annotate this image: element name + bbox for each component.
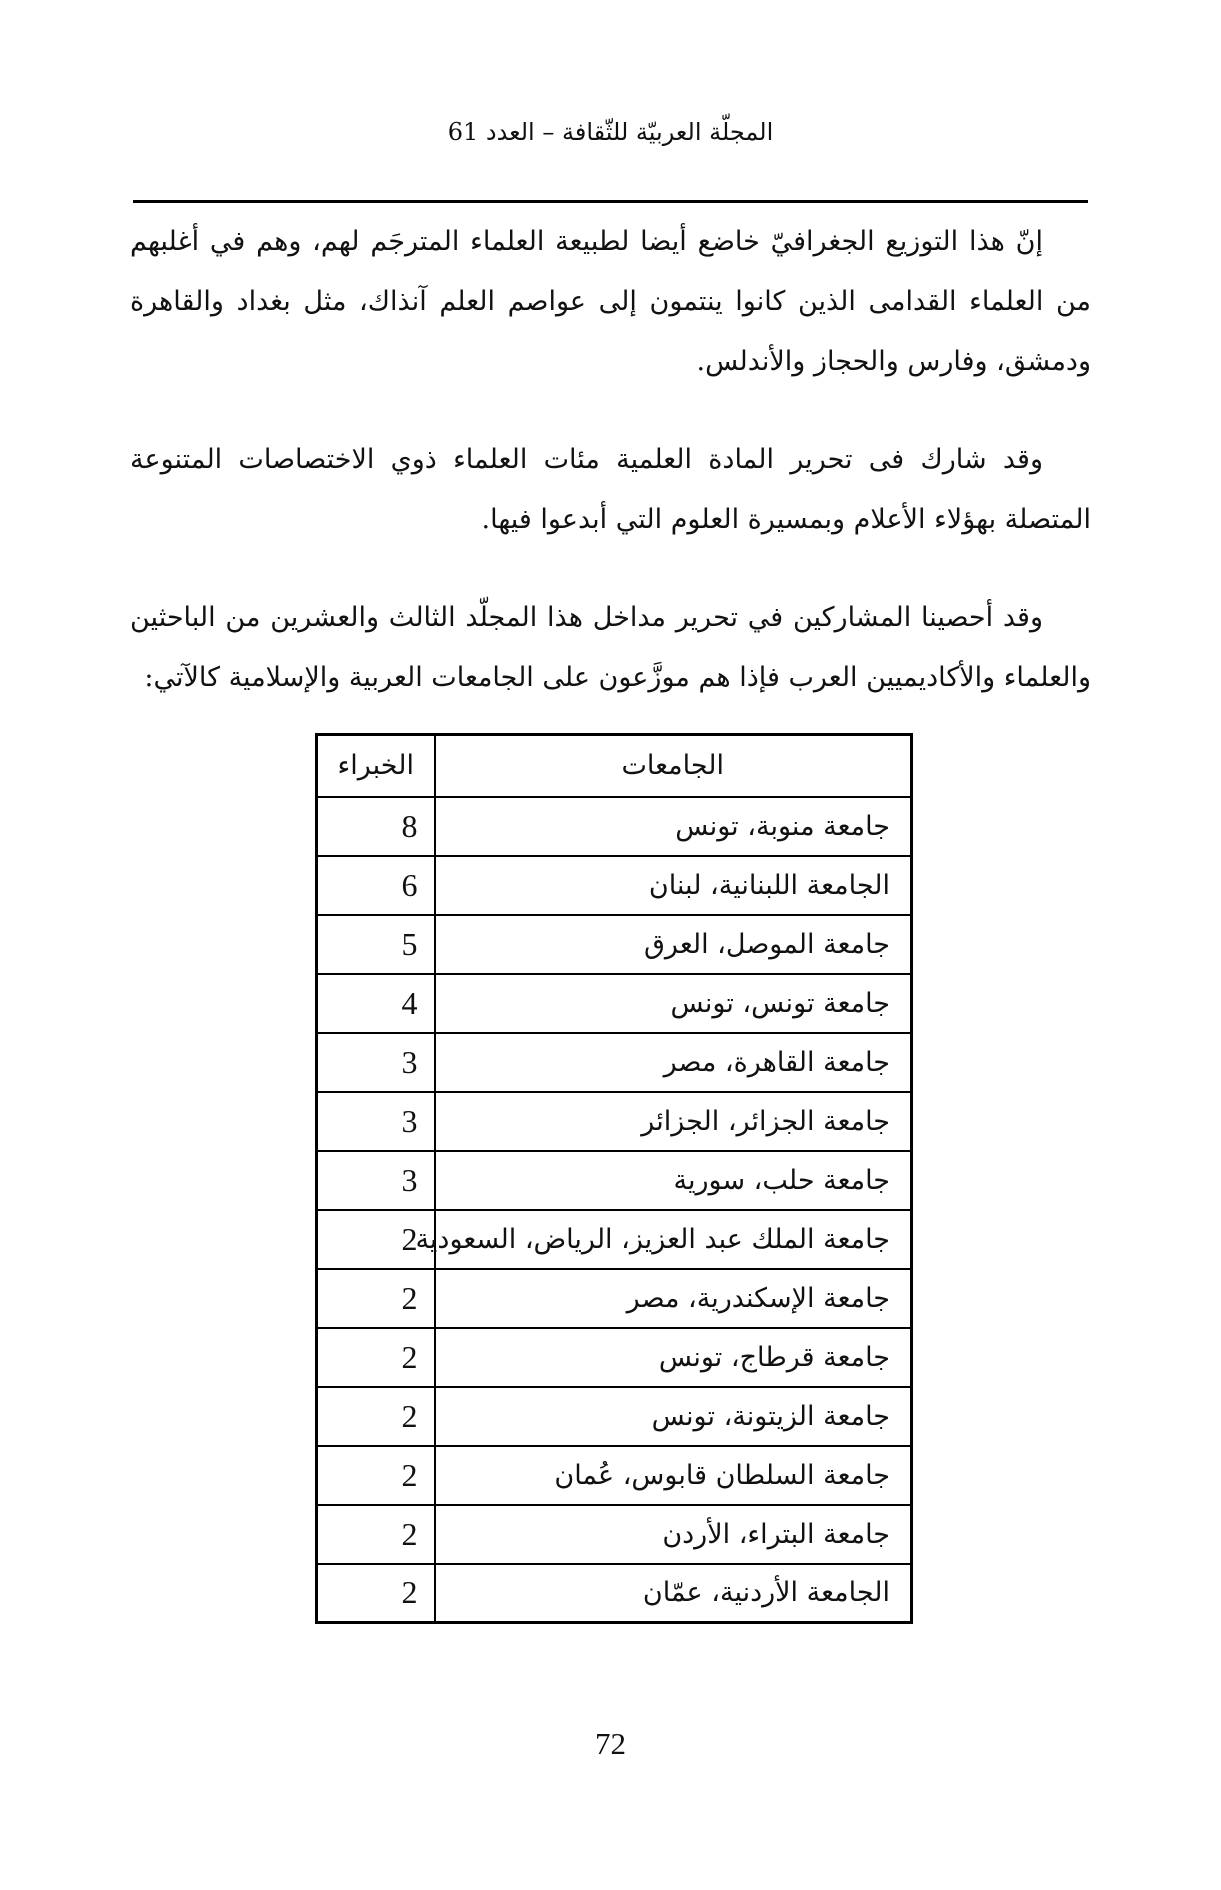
university-cell: جامعة البتراء، الأردن bbox=[435, 1505, 912, 1564]
university-cell: الجامعة اللبنانية، لبنان bbox=[435, 856, 912, 915]
experts-count-cell: 2 bbox=[317, 1210, 435, 1269]
universities-column-header: الجامعات bbox=[435, 735, 912, 797]
table-row: جامعة الملك عبد العزيز، الرياض، السعودية… bbox=[317, 1210, 912, 1269]
university-cell: جامعة الملك عبد العزيز، الرياض، السعودية bbox=[435, 1210, 912, 1269]
experts-count-cell: 2 bbox=[317, 1328, 435, 1387]
university-cell: الجامعة الأردنية، عمّان bbox=[435, 1564, 912, 1623]
experts-count-cell: 3 bbox=[317, 1092, 435, 1151]
experts-count-cell: 2 bbox=[317, 1387, 435, 1446]
university-cell: جامعة القاهرة، مصر bbox=[435, 1033, 912, 1092]
university-cell: جامعة الجزائر، الجزائر bbox=[435, 1092, 912, 1151]
university-cell: جامعة السلطان قابوس، عُمان bbox=[435, 1446, 912, 1505]
university-cell: جامعة الإسكندرية، مصر bbox=[435, 1269, 912, 1328]
experts-count-cell: 8 bbox=[317, 797, 435, 856]
table-row: جامعة الإسكندرية، مصر 2 bbox=[317, 1269, 912, 1328]
experts-count-cell: 2 bbox=[317, 1446, 435, 1505]
header-rule bbox=[133, 200, 1088, 203]
experts-count-cell: 5 bbox=[317, 915, 435, 974]
experts-count-cell: 6 bbox=[317, 856, 435, 915]
experts-count-cell: 2 bbox=[317, 1269, 435, 1328]
university-cell: جامعة الموصل، العرق bbox=[435, 915, 912, 974]
experts-count-cell: 4 bbox=[317, 974, 435, 1033]
university-cell: جامعة تونس، تونس bbox=[435, 974, 912, 1033]
university-cell: جامعة منوبة، تونس bbox=[435, 797, 912, 856]
universities-experts-table: الجامعات الخبراء جامعة منوبة، تونس 8 الج… bbox=[315, 733, 913, 1624]
table-row: جامعة الموصل، العرق 5 bbox=[317, 915, 912, 974]
table-row: الجامعة اللبنانية، لبنان 6 bbox=[317, 856, 912, 915]
table-row: جامعة الزيتونة، تونس 2 bbox=[317, 1387, 912, 1446]
paragraph-geographic-distribution: إنّ هذا التوزيع الجغرافيّ خاضع أيضا لطبي… bbox=[130, 212, 1091, 392]
table-row: جامعة البتراء، الأردن 2 bbox=[317, 1505, 912, 1564]
page-number: 72 bbox=[0, 1726, 1221, 1762]
table-row: جامعة تونس، تونس 4 bbox=[317, 974, 912, 1033]
table-row: جامعة حلب، سورية 3 bbox=[317, 1151, 912, 1210]
experts-count-cell: 3 bbox=[317, 1033, 435, 1092]
experts-column-header: الخبراء bbox=[317, 735, 435, 797]
body-text: إنّ هذا التوزيع الجغرافيّ خاضع أيضا لطبي… bbox=[130, 212, 1091, 746]
university-cell: جامعة قرطاج، تونس bbox=[435, 1328, 912, 1387]
table-row: جامعة قرطاج، تونس 2 bbox=[317, 1328, 912, 1387]
document-page: المجلّة العربيّة للثّقافة – العدد 61 إنّ… bbox=[0, 0, 1221, 1890]
university-cell: جامعة الزيتونة، تونس bbox=[435, 1387, 912, 1446]
experts-count-cell: 3 bbox=[317, 1151, 435, 1210]
paragraph-participants-count: وقد أحصينا المشاركين في تحرير مداخل هذا … bbox=[130, 588, 1091, 708]
table-row: جامعة السلطان قابوس، عُمان 2 bbox=[317, 1446, 912, 1505]
table-row: الجامعة الأردنية، عمّان 2 bbox=[317, 1564, 912, 1623]
journal-title: المجلّة العربيّة للثّقافة – العدد 61 bbox=[130, 118, 1091, 146]
table-header-row: الجامعات الخبراء bbox=[317, 735, 912, 797]
table-row: جامعة القاهرة، مصر 3 bbox=[317, 1033, 912, 1092]
university-cell: جامعة حلب، سورية bbox=[435, 1151, 912, 1210]
table-row: جامعة منوبة، تونس 8 bbox=[317, 797, 912, 856]
experts-count-cell: 2 bbox=[317, 1564, 435, 1623]
experts-count-cell: 2 bbox=[317, 1505, 435, 1564]
paragraph-scientific-contributors: وقد شارك فى تحرير المادة العلمية مئات ال… bbox=[130, 430, 1091, 550]
table-row: جامعة الجزائر، الجزائر 3 bbox=[317, 1092, 912, 1151]
